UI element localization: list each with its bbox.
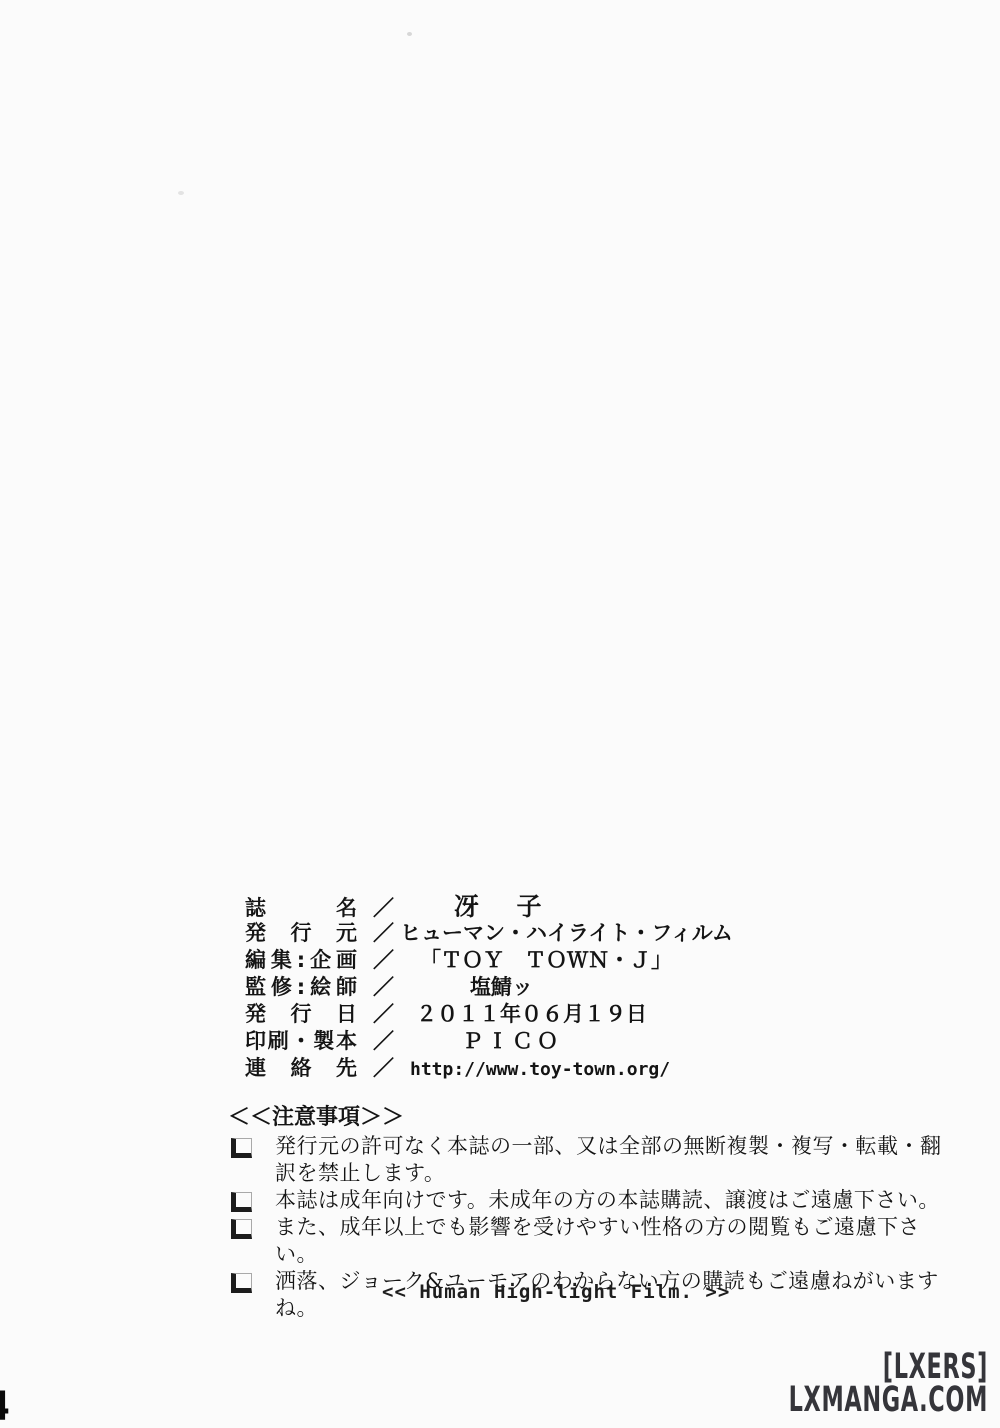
notice-text: また、成年以上でも影響を受けやすい性格の方の閲覧もご遠慮下さい。 xyxy=(275,1214,943,1268)
colophon-label: 誌名 xyxy=(245,895,357,922)
notice-item: 発行元の許可なく本誌の一部、又は全部の無断複製・複写・転載・翻訳を禁止します。 xyxy=(228,1133,944,1187)
page-number: 4 xyxy=(0,1384,10,1428)
separator-slash: ／ xyxy=(373,1001,394,1028)
notice-text: 本誌は成年向けです。未成年の方の本誌購読、譲渡はご遠慮下さい。 xyxy=(275,1187,943,1214)
watermark-group-tag: [LXERS] xyxy=(783,1350,988,1384)
separator-slash: ／ xyxy=(373,974,394,1001)
editing-credit: 「ＴＯＹ ＴＯＷＮ・Ｊ」 xyxy=(420,947,672,974)
separator-slash: ／ xyxy=(373,947,394,974)
watermark-site-name: LXMANGA.COM xyxy=(783,1384,988,1417)
colophon-row-title: 誌名／冴子 xyxy=(245,893,733,920)
checkbox-bullet-icon xyxy=(231,1192,252,1212)
publisher-name: ヒューマン・ハイライト・フィルム xyxy=(400,920,733,947)
notice-text: 発行元の許可なく本誌の一部、又は全部の無断複製・複写・転載・翻訳を禁止します。 xyxy=(275,1133,943,1187)
notice-item: また、成年以上でも影響を受けやすい性格の方の閲覧もご遠慮下さい。 xyxy=(228,1214,944,1268)
colophon-label: 編集:企画 xyxy=(245,947,357,974)
printer-name: ＰＩＣＯ xyxy=(462,1028,562,1055)
notices-heading: ＜＜注意事項＞＞ xyxy=(228,1104,944,1131)
scan-speck xyxy=(407,32,412,36)
colophon-label: 監修:絵師 xyxy=(245,974,357,1001)
checkbox-bullet-icon xyxy=(231,1273,252,1293)
colophon-block: 誌名／冴子 発行元／ヒューマン・ハイライト・フィルム 編集:企画／「ＴＯＹ ＴＯ… xyxy=(245,893,733,1082)
colophon-label: 発行日 xyxy=(245,1001,357,1028)
separator-slash: ／ xyxy=(373,1055,394,1082)
colophon-row-publisher: 発行元／ヒューマン・ハイライト・フィルム xyxy=(245,920,733,947)
notice-item: 本誌は成年向けです。未成年の方の本誌購読、譲渡はご遠慮下さい。 xyxy=(228,1187,944,1214)
colophon-label: 発行元 xyxy=(245,920,357,947)
colophon-label: 印刷・製本 xyxy=(245,1028,357,1055)
colophon-row-artist: 監修:絵師／塩鯖ッ xyxy=(245,974,733,1001)
colophon-row-printer: 印刷・製本／ＰＩＣＯ xyxy=(245,1028,733,1055)
watermark: [LXERS] LXMANGA.COM xyxy=(668,1350,988,1417)
publication-date: ２０１１年０６月１９日 xyxy=(416,1001,647,1028)
colophon-row-editing: 編集:企画／「ＴＯＹ ＴＯＷＮ・Ｊ」 xyxy=(245,947,733,974)
colophon-row-date: 発行日／２０１１年０６月１９日 xyxy=(245,1001,733,1028)
colophon-row-contact: 連絡先／http://www.toy-town.org/ xyxy=(245,1055,733,1082)
book-title: 冴子 xyxy=(454,893,579,920)
checkbox-bullet-icon xyxy=(231,1138,252,1158)
contact-url: http://www.toy-town.org/ xyxy=(410,1056,670,1083)
separator-slash: ／ xyxy=(373,1028,394,1055)
scan-speck xyxy=(178,191,184,195)
checkbox-bullet-icon xyxy=(231,1219,252,1239)
artist-name: 塩鯖ッ xyxy=(470,974,533,1001)
circle-tagline: << Human High-light Film. >> xyxy=(382,1281,730,1303)
separator-slash: ／ xyxy=(373,920,394,947)
separator-slash: ／ xyxy=(373,895,394,922)
colophon-label: 連絡先 xyxy=(245,1055,357,1082)
